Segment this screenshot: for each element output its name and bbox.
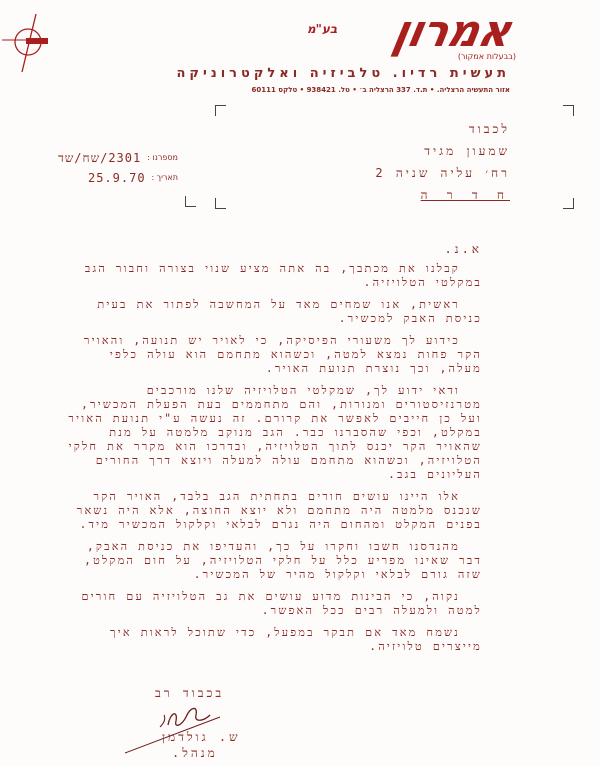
paragraph: ראשית, אנו שמחים מאד על המחשבה לפתור את …: [60, 298, 482, 326]
reference-corner-mark: [185, 196, 196, 207]
recipient-street: רח׳ עליה שניה 2: [375, 162, 510, 184]
reference-block: מספרנו : 2301/שח/שד תאריך : 25.9.70: [58, 148, 178, 188]
reference-number-value: 2301/שח/שד: [58, 148, 141, 168]
address-window-corner: [563, 105, 574, 116]
recipient-block: לכבוד שמעון מגיד רח׳ עליה שניה 2 ח ד ר ה: [375, 118, 510, 206]
letter-body: קבלנו את מכתבך, בה אתה מציע שנוי בצורה ו…: [60, 262, 482, 662]
paragraph: כידוע לך משעורי הפיסיקה, כי לאויר יש תנו…: [60, 334, 482, 376]
paragraph: אלו היינו עושים חורים בתחתית הגב בלבד, ה…: [60, 490, 482, 532]
signer-name: ש. גולדמן: [162, 730, 241, 745]
recipient-city: ח ד ר ה: [375, 184, 510, 206]
date-label: תאריך :: [152, 168, 178, 188]
brand-logo: אמרון: [389, 6, 515, 57]
paragraph: קבלנו את מכתבך, בה אתה מציע שנוי בצורה ו…: [60, 262, 482, 290]
address-window-corner: [563, 198, 574, 209]
address-window-corner: [215, 105, 226, 116]
company-address: אזור התעשיה הרצליה. • ת.ד. 337 הרצליה ב׳…: [252, 86, 510, 94]
paragraph: ודאי ידוע לך, שמקלטי הטלויזיה שלנו מורכב…: [60, 384, 482, 482]
greeting: א.נ.: [444, 242, 482, 257]
paragraph: נשמח מאד אם תבקר במפעל, כדי שתוכל לראות …: [60, 626, 482, 654]
paragraph: מהנדסנו חשבו וחקרו על כך, והעדיפו את כני…: [60, 540, 482, 582]
brand-suffix: בע"מ: [307, 22, 337, 36]
company-description: תעשית רדיו. טלביזיה ואלקטרוניקה: [177, 66, 511, 81]
date-row: תאריך : 25.9.70: [58, 168, 178, 188]
date-value: 25.9.70: [88, 168, 146, 188]
crosshair-circle-logo-icon: [2, 12, 50, 72]
address-window-corner: [215, 198, 226, 209]
paragraph: נקוה, כי הבינות מדוע עושים את גב הטלויזי…: [60, 590, 482, 618]
recipient-salutation: לכבוד: [375, 118, 510, 140]
reference-number-row: מספרנו : 2301/שח/שד: [58, 148, 178, 168]
recipient-name: שמעון מגיד: [375, 140, 510, 162]
signer-title: מנהל.: [172, 746, 218, 761]
brand-subtitle: (בבעלות אמקור): [458, 52, 516, 61]
reference-number-label: מספרנו :: [147, 148, 178, 168]
